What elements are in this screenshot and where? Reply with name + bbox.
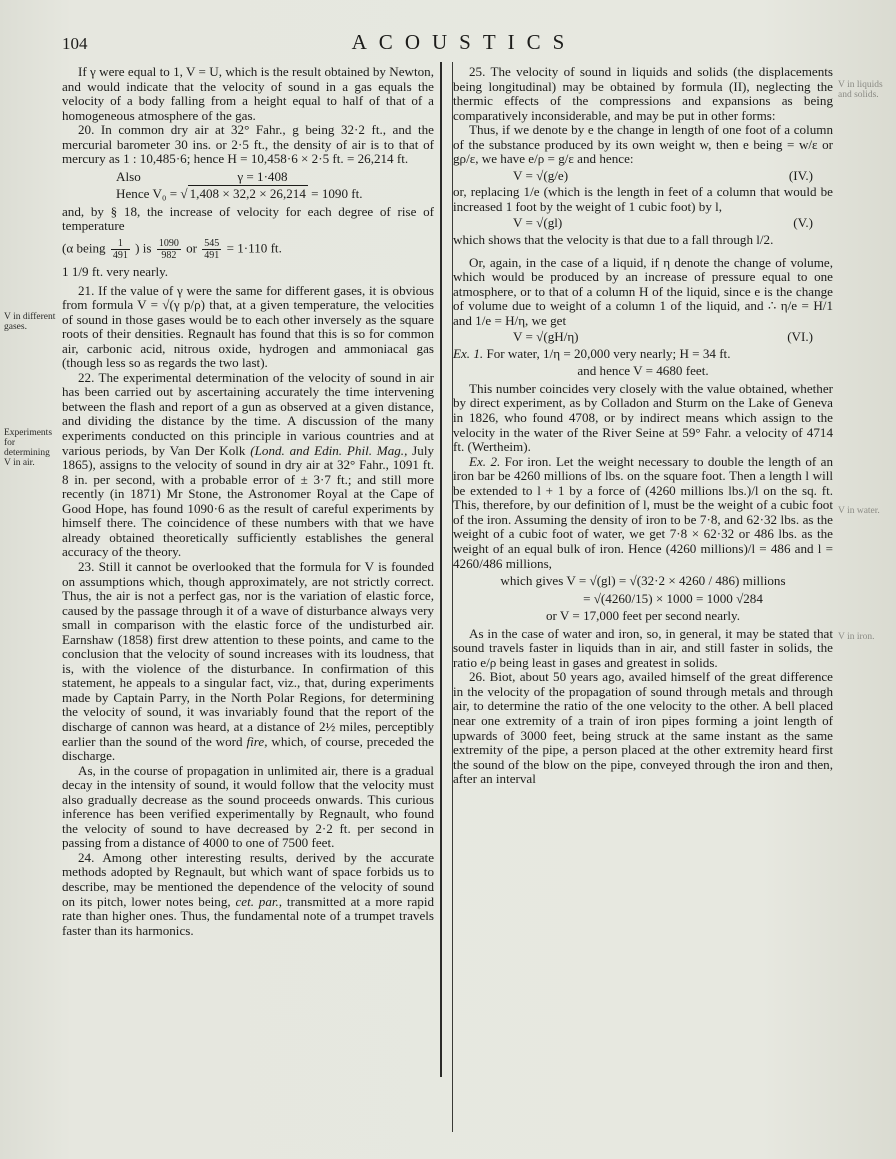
fraction-alpha: 1491 (111, 238, 130, 261)
ex1-label: Ex. 1. (453, 346, 483, 361)
p22-text-cont: July 1865), assigns to the velocity of s… (62, 443, 434, 560)
equation-iron-c: or V = 17,000 feet per second nearly. (453, 609, 833, 624)
paragraph-replacing: or, replacing 1/e (which is the length i… (453, 185, 833, 214)
ex2-text: For iron. Let the weight necessary to do… (453, 454, 833, 571)
paragraph-rise-temp: and, by § 18, the increase of velocity f… (62, 205, 434, 234)
paragraph-very-nearly: 1 1/9 ft. very nearly. (62, 265, 434, 280)
fraction-1090: 1090982 (157, 238, 181, 261)
book-page: 104 ACOUSTICS V in different gases. Expe… (0, 0, 896, 1159)
equation-v: V = √(gl) (V.) (453, 214, 833, 233)
paragraph-coincides: This number coincides very closely with … (453, 382, 833, 455)
equation-gamma: Also γ = 1·408 (62, 170, 434, 185)
paragraph-20: 20. In common dry air at 32° Fahr., g be… (62, 123, 434, 167)
eq-hence-result: = 1090 ft. (311, 186, 362, 201)
eq-iv-formula: V = √(g/e) (513, 169, 568, 184)
running-title: ACOUSTICS (62, 30, 806, 55)
paragraph-21: 21. If the value of γ were the same for … (62, 284, 434, 371)
ex1-text: For water, 1/η = 20,000 very nearly; H =… (486, 346, 730, 361)
left-column: If γ were equal to 1, V = U, which is th… (62, 65, 434, 938)
eq-is-text: ) is (135, 241, 151, 256)
paragraph-general: As in the case of water and iron, so, in… (453, 627, 833, 671)
paragraph-fall: which shows that the velocity is that du… (453, 233, 833, 248)
eq-also-value: γ = 1·408 (237, 169, 287, 184)
word-fire: fire, (247, 734, 268, 749)
equation-vi: V = √(gH/η) (VI.) (453, 328, 833, 347)
paragraph-22: 22. The experimental determination of th… (62, 371, 434, 560)
equation-iv: V = √(g/e) (IV.) (453, 167, 833, 186)
frac-num: 1 (111, 238, 130, 250)
paragraph-24: 24. Among other interesting results, der… (62, 851, 434, 938)
example-1-result: and hence V = 4680 feet. (453, 364, 833, 379)
frac-num: 545 (202, 238, 221, 250)
margin-note-v-in-gases: V in different gases. (4, 312, 58, 332)
eq-or-text: or (186, 241, 197, 256)
margin-note-iron: V in iron. (838, 632, 894, 642)
paragraph-26: 26. Biot, about 50 years ago, availed hi… (453, 670, 833, 786)
equation-alpha: (α being 1491 ) is 1090982 or 545491 = 1… (62, 238, 434, 261)
p23-text: 23. Still it cannot be overlooked that t… (62, 559, 434, 749)
page-header: 104 ACOUSTICS (62, 28, 806, 58)
paragraph-newton: If γ were equal to 1, V = U, which is th… (62, 65, 434, 123)
cet-par: cet. par., (235, 894, 282, 909)
frac-num: 1090 (157, 238, 181, 250)
eq-result: = 1·110 ft. (227, 241, 282, 256)
example-2: Ex. 2. For iron. Let the weight necessar… (453, 455, 833, 571)
margin-note-liquids-solids: V in liquids and solids. (838, 80, 894, 100)
eq-vi-label: (VI.) (787, 330, 813, 345)
frac-den: 982 (157, 250, 181, 261)
margin-note-experiments: Experiments for determining V in air. (4, 428, 58, 468)
equation-iron-a: which gives V = √(gl) = √(32·2 × 4260 / … (453, 574, 833, 589)
equation-v0: Hence V₀ = √1,408 × 32,2 × 26,214 = 1090… (62, 187, 434, 202)
frac-den: 491 (202, 250, 221, 261)
citation-phil-mag: (Lond. and Edin. Phil. Mag., (250, 443, 407, 458)
eq-hence-label: Hence V₀ = (116, 186, 177, 201)
paragraph-25: 25. The velocity of sound in liquids and… (453, 65, 833, 123)
paragraph-thus: Thus, if we denote by e the change in le… (453, 123, 833, 167)
paragraph-liquid: Or, again, in the case of a liquid, if η… (453, 256, 833, 329)
eq-v-label: (V.) (793, 216, 813, 231)
eq-vi-formula: V = √(gH/η) (513, 330, 579, 345)
eq-v-formula: V = √(gl) (513, 216, 562, 231)
ex2-label: Ex. 2. (469, 454, 500, 469)
fraction-545: 545491 (202, 238, 221, 261)
equation-iron-b: = √(4260/15) × 1000 = 1000 √284 (453, 592, 833, 607)
example-1: Ex. 1. For water, 1/η = 20,000 very near… (453, 347, 833, 362)
column-divider (440, 62, 442, 1077)
eq-hence-radicand: 1,408 × 32,2 × 26,214 (188, 185, 308, 201)
paragraph-decay: As, in the course of propagation in unli… (62, 764, 434, 851)
right-column: 25. The velocity of sound in liquids and… (453, 65, 833, 787)
eq-also-label: Also (116, 169, 141, 184)
paragraph-23: 23. Still it cannot be overlooked that t… (62, 560, 434, 764)
frac-den: 491 (111, 250, 130, 261)
margin-note-water: V in water. (838, 506, 894, 516)
eq-iv-label: (IV.) (789, 169, 813, 184)
eq-alpha-text: (α being (62, 241, 106, 256)
